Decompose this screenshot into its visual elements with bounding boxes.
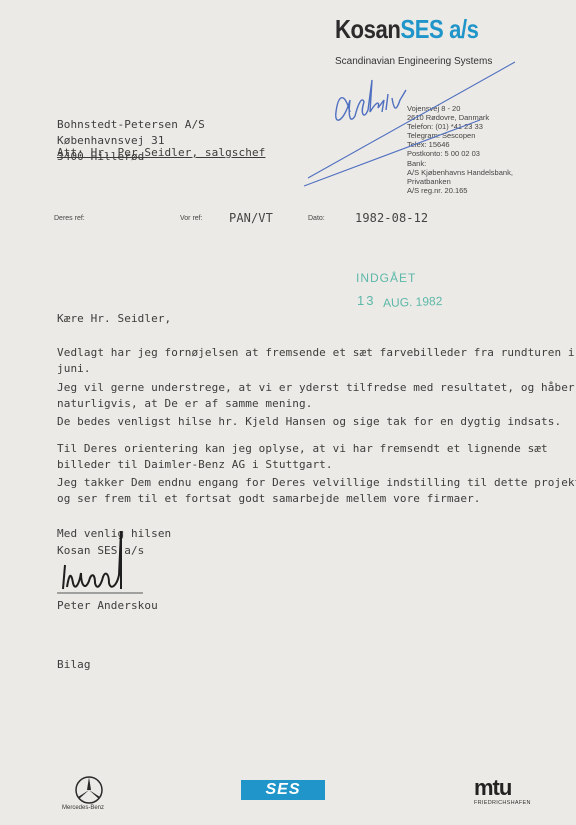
date-label: Dato: <box>308 215 325 222</box>
mercedes-star-icon <box>74 775 104 805</box>
mercedes-benz-label: Mercedes-Benz <box>62 805 104 811</box>
ses-logo: SES <box>241 780 325 800</box>
date-value: 1982-08-12 <box>355 211 428 225</box>
received-stamp-day: 13 <box>357 293 375 308</box>
vor-ref-value: PAN/VT <box>229 211 273 225</box>
logo-ses: SES a/s <box>400 14 478 44</box>
mtu-logo: mtu <box>474 778 511 798</box>
logo-kosan: Kosan <box>335 14 400 44</box>
handwritten-arkiv-annotation <box>300 60 520 190</box>
salutation: Kære Hr. Seidler, <box>57 311 557 327</box>
vor-ref-label: Vor ref: <box>180 215 203 222</box>
paragraph-4: Til Deres orientering kan jeg oplyse, at… <box>57 441 557 473</box>
received-stamp-label: INDGÅET <box>356 271 416 285</box>
mtu-subtitle: FRIEDRICHSHAFEN <box>474 800 531 806</box>
received-stamp-date: AUG. 1982 <box>383 294 443 310</box>
handwritten-note-text: Arkiv <box>340 80 342 81</box>
paragraph-1: Vedlagt har jeg fornøjelsen at fremsende… <box>57 345 557 377</box>
paragraph-3: De bedes venligst hilse hr. Kjeld Hansen… <box>57 414 557 430</box>
recipient-company: Bohnstedt-Petersen A/S <box>57 117 205 133</box>
signer-name: Peter Anderskou <box>57 598 557 614</box>
paragraph-2: Jeg vil gerne understrege, at vi er yder… <box>57 380 557 412</box>
enclosure-label: Bilag <box>57 657 557 673</box>
paragraph-5: Jeg takker Dem endnu engang for Deres ve… <box>57 475 557 507</box>
attention-line: Att: Hr. Per Seidler, salgschef <box>57 145 265 161</box>
signature <box>55 525 145 600</box>
ses-logo-text: SES <box>265 781 300 798</box>
deres-ref-label: Deres ref: <box>54 215 85 222</box>
company-logo: KosanSES a/s <box>335 14 479 45</box>
